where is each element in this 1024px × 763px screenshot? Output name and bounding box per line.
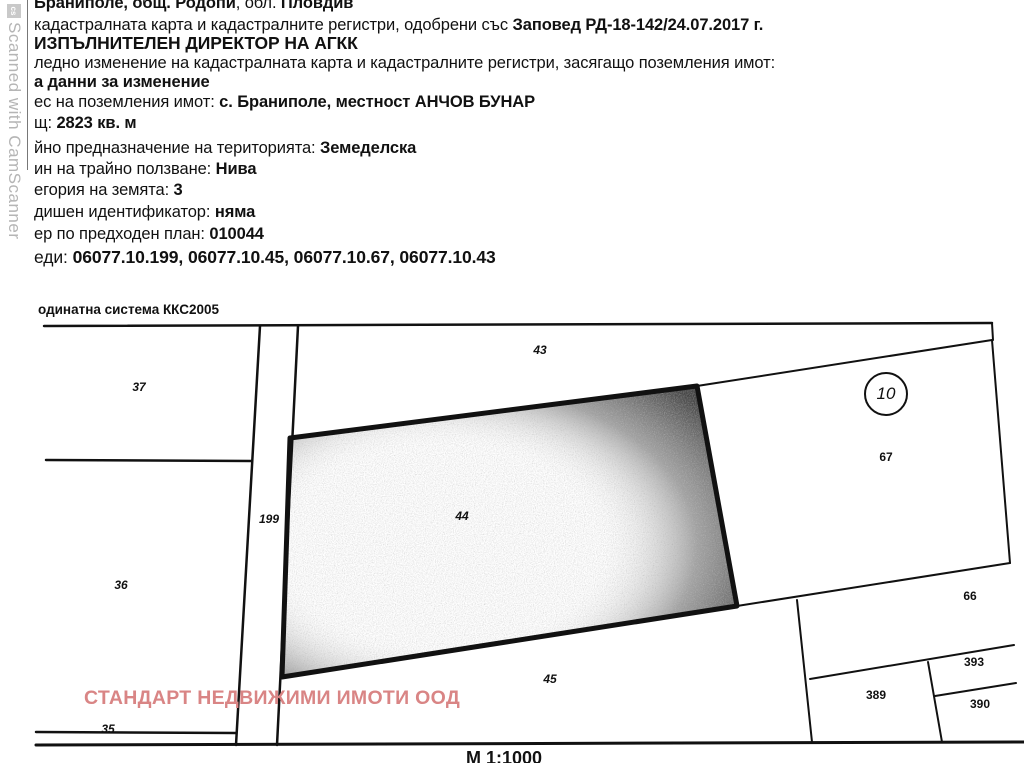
parcel-label-43[interactable]: 43 bbox=[533, 343, 546, 357]
parcel-label-35[interactable]: 35 bbox=[101, 722, 114, 736]
parcel-label-389[interactable]: 389 bbox=[866, 688, 886, 702]
parcel-label-199[interactable]: 199 bbox=[259, 512, 279, 526]
parcel-label-393[interactable]: 393 bbox=[964, 655, 984, 669]
parcel-label-36[interactable]: 36 bbox=[114, 578, 127, 592]
section-number-badge: 10 bbox=[864, 372, 908, 416]
parcel-label-390[interactable]: 390 bbox=[970, 697, 990, 711]
parcel-label-45[interactable]: 45 bbox=[543, 672, 556, 686]
parcel-label-44[interactable]: 44 bbox=[455, 509, 468, 523]
map-scale: М 1:1000 bbox=[466, 748, 542, 763]
parcel-label-67[interactable]: 67 bbox=[879, 450, 892, 464]
parcel-label-66[interactable]: 66 bbox=[963, 589, 976, 603]
company-watermark: СТАНДАРТ НЕДВИЖИМИ ИМОТИ ООД bbox=[84, 687, 460, 710]
parcel-label-37[interactable]: 37 bbox=[132, 380, 145, 394]
